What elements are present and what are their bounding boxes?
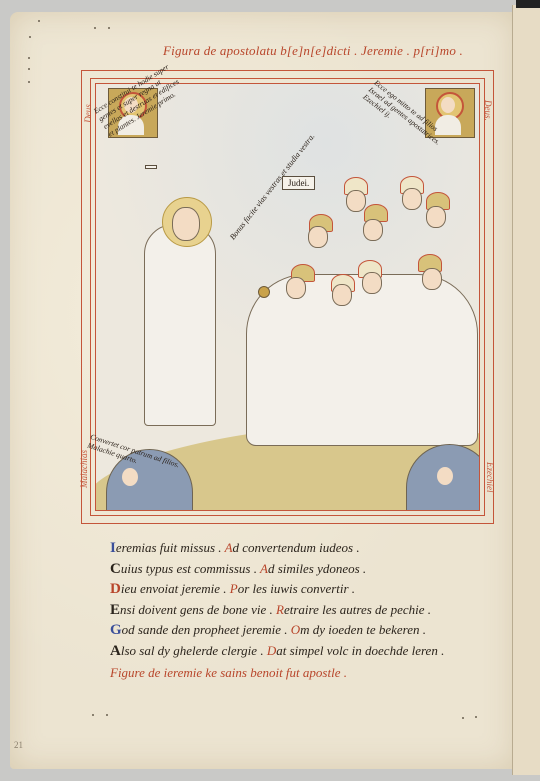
initial-letter: E [110, 602, 120, 618]
folio-mark: 21 [14, 740, 23, 750]
initial-letter: C [110, 561, 121, 577]
jew-head [308, 226, 328, 248]
verse-line-4: Ensi doivent gens de bone vie . Retraire… [110, 600, 460, 621]
scroll-judei-label: Judei. [282, 176, 315, 190]
label-malachias: Malachias [79, 450, 89, 488]
pricking-mark [108, 27, 110, 29]
pricking-mark [28, 81, 30, 83]
pricking-mark [38, 20, 40, 22]
jew-head [286, 277, 306, 299]
coin-object [258, 286, 270, 298]
binding-edge [516, 0, 540, 8]
verse-line-2: Cuius typus est commissus . Ad similes y… [110, 559, 460, 580]
scroll-jeremias-label [145, 165, 157, 169]
pricking-mark [106, 714, 108, 716]
pricking-mark [92, 714, 94, 716]
label-deus-left: Deus. [83, 102, 93, 123]
jeremiah-head [172, 207, 200, 241]
initial-letter: D [110, 581, 121, 597]
verse-text: Ieremias fuit missus . Ad convertendum i… [110, 538, 460, 661]
label-deus-right: Deus. [483, 100, 493, 121]
jew-head [346, 190, 366, 212]
initial-letter: A [110, 643, 121, 659]
pricking-mark [29, 36, 31, 38]
pricking-mark [94, 27, 96, 29]
jew-head [422, 268, 442, 290]
jeremiah-figure [144, 224, 216, 426]
verse-line-3: Dieu envoiat jeremie . Por les iuwis con… [110, 579, 460, 600]
jew-head [363, 219, 383, 241]
god-face [441, 97, 455, 113]
verse-line-5: God sande den propheet jeremie . Om dy i… [110, 620, 460, 641]
verse-line-1: Ieremias fuit missus . Ad convertendum i… [110, 538, 460, 559]
initial-letter: G [110, 622, 122, 638]
verse-line-6: Also sal dy ghelerde clergie . Dat simpe… [110, 641, 460, 662]
malachi-face [122, 468, 138, 486]
rubric-caption: Figure de ieremie ke sains benoit fut ap… [110, 665, 347, 681]
jew-head [426, 206, 446, 228]
jew-head [332, 284, 352, 306]
pricking-mark [28, 57, 30, 59]
pricking-mark [462, 717, 464, 719]
ezechiel-face [437, 467, 453, 485]
pricking-mark [475, 716, 477, 718]
running-head: Figura de apostolatu b[e]n[e]dicti . Jer… [163, 43, 463, 59]
jews-crowd [246, 274, 478, 446]
jew-head [362, 272, 382, 294]
jew-head [402, 188, 422, 210]
pricking-mark [28, 68, 30, 70]
facing-page-edge [512, 5, 540, 775]
label-ezechiel: Ezechiel [485, 462, 495, 493]
